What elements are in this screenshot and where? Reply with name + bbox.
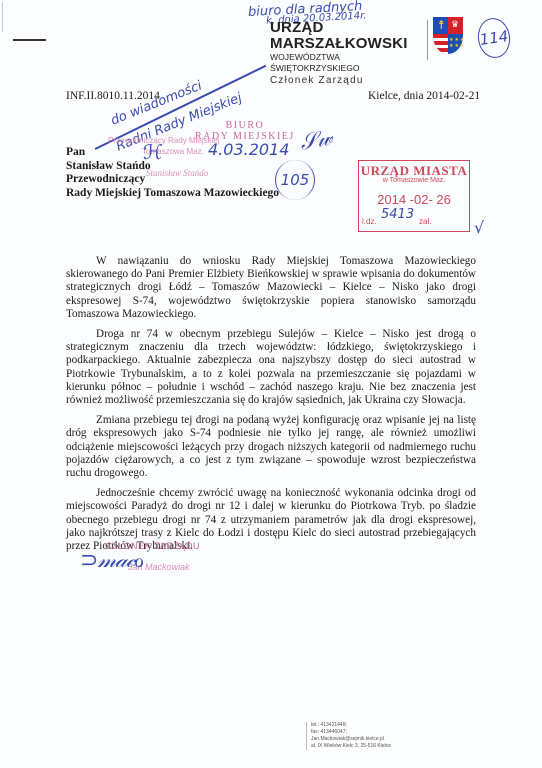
recipient-block: Pan Stanisław Stańdo Przewodniczący Rady… [66,146,279,200]
office-name: URZĄD MARSZAŁKOWSKI [270,20,406,52]
footer-tel: tel.: 413421449; [311,722,391,729]
letter-body: W nawiązaniu do wniosku Rady Miejskiej T… [66,255,476,560]
footer-fax: fax: 413446047; [311,729,391,736]
circled-number-114: 114 [475,16,512,60]
footer-email: Jan.Mackowiak@sejmik.kielce.pl [311,736,391,743]
paragraph: Droga nr 74 w obecnym przebiegu Sulejów … [66,328,476,407]
paragraph: Zmiana przebiegu tej drogi na podaną wyż… [66,414,476,480]
circled-number-105: 105 [275,160,315,200]
stamp-number: 5413 [381,207,414,222]
letterhead: URZĄD MARSZAŁKOWSKI WOJEWÓDZTWA ŚWIĘTOKR… [270,20,406,87]
stamp-chairman-text: Przewodniczący Rady Miejskiej [108,136,220,145]
dash-mark [13,39,46,41]
letter-page: biuro dla radnych k. dnia 20.03.2014r. U… [0,0,542,768]
place-date: Kielce, dnia 2014-02-21 [368,90,480,102]
region-name: WOJEWÓDZTWA ŚWIĘTOKRZYSKIEGO [270,52,406,74]
footer-address: al. IX Wieków Kielc 3, 25-516 Kielce [311,743,391,750]
board-role: Członek Zarządu [270,74,406,87]
signature-icon: ⊃𝓂𝒶𝒸ℴ [80,548,143,573]
scan-edge [2,2,3,32]
stamp-urzad-miasta: URZĄD MIASTA w Tomaszowie Maz. 2014 -02-… [358,160,470,232]
check-mark-icon: √ [474,218,484,237]
stamp-date: 2014 -02- 26 [359,192,469,207]
coat-of-arms-icon: ☨ ♛ ★★★ ★★★ [433,17,463,54]
letterhead-divider [427,20,428,60]
contact-footer: tel.: 413421449; fax: 413446047; Jan.Mac… [306,722,391,750]
paragraph: W nawiązaniu do wniosku Rady Miejskiej T… [66,255,476,321]
handwritten-signature: 𝒮𝓌 [298,125,334,155]
